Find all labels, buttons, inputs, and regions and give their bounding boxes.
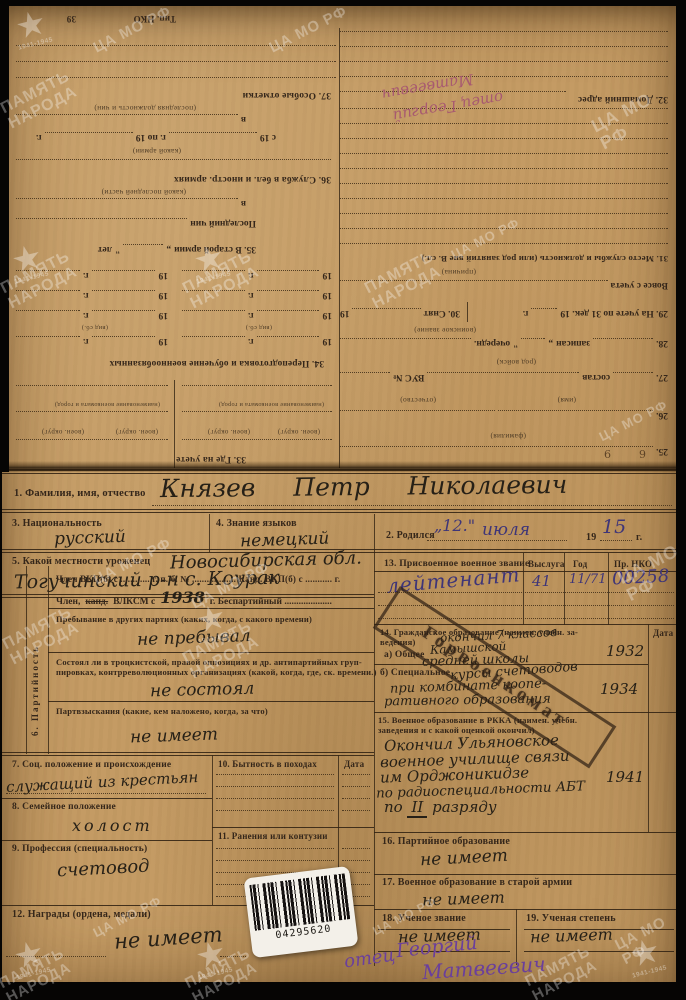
opposition-label-2: пировках, контрреволюционных организация… — [56, 667, 377, 677]
ruled-line — [6, 956, 106, 957]
card-front: 1. Фамилия, имя, отчество Князев Петр Ни… — [2, 468, 676, 982]
ruled-line — [182, 385, 332, 386]
field-27: 27. состав ВУС № — [340, 372, 668, 384]
ruled-line — [216, 798, 334, 799]
handwriting-opposition: не состоял — [150, 679, 255, 702]
handwriting-profession: счетовод — [57, 856, 151, 882]
field-5-label: 5. Какой местности уроженец — [12, 556, 150, 567]
year-blank: 19 — [323, 310, 333, 320]
handwriting-awards: не имеет — [113, 922, 223, 954]
section-line — [2, 798, 212, 799]
ruled-line — [340, 213, 668, 214]
field-19-label: 19. Ученая степень — [526, 913, 616, 924]
divider — [174, 380, 175, 468]
ruled-line — [340, 138, 668, 139]
field-10-label: 10. Бытность в походах — [218, 759, 317, 769]
ruled-line — [16, 61, 336, 62]
field-28: 28. записан „ " очередн. — [340, 338, 668, 350]
field-27-number: 27. — [656, 372, 668, 382]
year-blank: 19 — [323, 270, 333, 280]
hint-okrug: (воен. округ) — [116, 428, 158, 435]
hint-sbor: (вид сб.) — [246, 324, 272, 331]
col-vysluga: Выслуга — [528, 559, 565, 569]
ruled-line — [340, 46, 668, 47]
year-blank: 19 — [159, 290, 169, 300]
fold-crease — [2, 461, 676, 472]
field-32-label: 32. Домашний адрес — [578, 94, 668, 104]
ruled-line — [16, 439, 168, 440]
hint-patronymic: (отчество) — [400, 397, 436, 405]
section-line — [212, 827, 374, 828]
scan-edge-bottom — [0, 983, 686, 1000]
handwriting-19: не имеет — [530, 925, 613, 947]
col-divider — [564, 553, 565, 625]
section-line — [374, 909, 676, 910]
handwriting-military-ed-5: по II разряду — [384, 798, 497, 816]
to-year: г. по 19 — [136, 132, 166, 142]
date-column-divider — [648, 624, 649, 832]
ruled-line — [152, 505, 672, 506]
field-28-number: 28. — [656, 338, 668, 348]
hint-okrug: (воен. округ) — [42, 428, 84, 435]
g-mark: г. — [36, 132, 42, 142]
field-vovse: Вовсе с учета — [340, 280, 668, 292]
field-34-label: 34. Переподготовка и обучение военнообяз… — [109, 358, 324, 368]
ruled-line — [524, 951, 674, 952]
ruled-line — [427, 540, 567, 541]
hint-sbor: (вид сб.) — [82, 324, 108, 331]
field-9-label: 9. Профессия (специальность) — [12, 844, 147, 854]
handwriting-16: не имеет — [420, 846, 509, 871]
form-number: 39 — [67, 14, 76, 24]
handwriting-order-number: 00258 — [611, 566, 669, 590]
v-mark: в — [241, 198, 246, 208]
from-year: с 19 — [260, 132, 276, 142]
ruled-line — [340, 228, 668, 229]
field-18-label: 18. Ученое звание — [382, 913, 466, 924]
ruled-line — [216, 810, 334, 811]
ruled-line — [340, 153, 668, 154]
column-divider — [374, 514, 375, 966]
field-36-label: 36. Служба в бел. и иностр. армиях — [174, 174, 331, 184]
vlksm-bespart: г. Беспартийный .................... — [210, 597, 332, 607]
g-mark: г. — [83, 270, 89, 280]
handwriting-year-1932: 1932 — [606, 642, 644, 660]
ruled-line — [340, 243, 668, 244]
hint-branch: (род войск) — [497, 359, 537, 367]
date-column-label: Дата — [344, 759, 364, 769]
ruled-line — [340, 123, 668, 124]
field-25-number: 25. — [656, 446, 668, 456]
field-36-unit: в — [16, 114, 246, 126]
ruled-line — [182, 411, 332, 412]
card-paper: 25. (фамилия) 26. (имя) (отчество) 27. с… — [2, 5, 676, 982]
ruled-line — [342, 798, 370, 799]
field-28-zapisan: записан — [556, 338, 590, 348]
field-30-label: 30. Снят — [424, 308, 460, 318]
field-11-label: 11. Ранения или контузии — [218, 831, 328, 841]
scan-edge-right — [676, 0, 686, 1000]
field-last-rank: Последний чин — [16, 218, 256, 230]
field-1-label: 1. Фамилия, имя, отчество — [14, 488, 146, 499]
ruled-line — [216, 848, 334, 849]
handwriting-god: 11/71 — [569, 572, 606, 587]
ruled-line — [216, 860, 334, 861]
hint-firstname: (имя) — [557, 397, 576, 405]
field-6-side-label: 6. Партийность — [30, 586, 40, 736]
section-line — [2, 752, 374, 753]
opposition-label-1: Состоял ли в троцкистской, правой оппози… — [56, 657, 362, 667]
ruled-line — [340, 108, 668, 109]
field-35-label: 35. В старой армии — [174, 244, 256, 254]
date-column-label: Дата — [653, 628, 673, 638]
handwriting-family: холост — [72, 816, 153, 835]
party-block-border — [26, 566, 27, 754]
hint-rank: (воинское звание) — [414, 327, 476, 335]
g-mark: г. — [83, 310, 89, 320]
handwriting-parties: не пребывал — [137, 626, 251, 650]
hint-voenkomat: (наименование военкомата и город) — [55, 401, 160, 407]
col-divider — [523, 553, 524, 625]
hint-last-position: (последняя должность и чин) — [94, 105, 196, 113]
field-35: 35. В старой армии „ " лет — [36, 244, 256, 256]
field-vovse-label: Вовсе с учета — [611, 280, 668, 290]
ruled-line — [220, 956, 246, 957]
card-back-readable: 25. (фамилия) 26. (имя) (отчество) 27. с… — [2, 5, 676, 468]
cell-divider — [212, 755, 213, 905]
field-37-label: 37. Особые отметки — [242, 90, 331, 100]
year-blank: 19 — [323, 336, 333, 346]
handwriting-vlksm-year: 1938 — [160, 588, 205, 607]
ruled-line — [216, 786, 334, 787]
handwriting-vzysk: не имеет — [130, 724, 219, 747]
g-mark: г. — [83, 336, 89, 346]
col-god: Год — [573, 559, 587, 569]
quote-open: „ — [166, 244, 171, 254]
barcode-sticker: 04295620 — [244, 866, 359, 958]
ruled-line — [342, 860, 370, 861]
field-8-label: 8. Семейное положение — [12, 802, 116, 812]
hint-okrug: (воен. округ) — [278, 428, 320, 435]
field-29: 29. На учете по 31 дек. 19 г. — [472, 308, 668, 320]
section-line — [374, 832, 676, 833]
section-line — [2, 509, 676, 510]
word-razryad: разряду — [432, 798, 496, 816]
document-scan: 25. (фамилия) 26. (имя) (отчество) 27. с… — [0, 0, 686, 1000]
ruled-line — [16, 77, 336, 78]
party-strip-border — [48, 566, 49, 754]
ruled-line — [182, 439, 332, 440]
vlksm-member: Член, — [56, 597, 80, 607]
section-line — [48, 701, 374, 702]
scan-edge-left — [0, 0, 9, 472]
handwriting-birth-year: 15 — [602, 516, 626, 538]
vlksm-struck-word: канд. — [85, 597, 108, 607]
year-blank: 19 — [159, 336, 169, 346]
field-last-unit: в — [16, 198, 246, 210]
section-line — [2, 512, 676, 513]
ruled-line — [16, 411, 168, 412]
field-30: 30. Снят 19 — [340, 308, 460, 320]
card-back-rotated: 25. (фамилия) 26. (имя) (отчество) 27. с… — [2, 5, 676, 468]
last-rank-label: Последний чин — [190, 218, 256, 228]
section-line — [48, 608, 374, 609]
handwriting-full-name: Князев Петр Николаевич — [160, 470, 568, 503]
year-blank: 19 — [159, 310, 169, 320]
vlksm-label: ВЛКСМ с — [113, 597, 155, 607]
col-divider — [608, 553, 609, 625]
cell-divider — [209, 514, 210, 552]
g-mark: г. — [248, 290, 254, 300]
field-26: 26. — [340, 410, 668, 422]
column-divider — [339, 28, 340, 468]
handwriting-year-1941: 1941 — [606, 768, 644, 786]
field-27-vus: ВУС № — [393, 372, 424, 382]
section-line — [2, 755, 374, 756]
hint-army: (какой армии) — [133, 148, 181, 156]
ruled-line — [342, 810, 370, 811]
g-mark: г. — [248, 270, 254, 280]
field-27-sostav: состав — [582, 372, 610, 382]
vkp-line: Член ВКП(б) с ............ г. п. б. № ..… — [56, 574, 340, 584]
hint-last-unit: (какой последней части) — [101, 189, 186, 197]
scan-edge-top — [0, 0, 686, 6]
ruled-line — [16, 45, 336, 46]
vlksm-line: Член, канд. ВЛКСМ с 1938 г. Беспартийный… — [56, 588, 370, 607]
field-17-label: 17. Военное образование в старой армии — [382, 877, 572, 888]
divider — [467, 302, 468, 322]
year-blank: 19 — [323, 290, 333, 300]
ruled-line — [16, 385, 168, 386]
field-7-label: 7. Соц. положение и происхождение — [12, 760, 171, 770]
field-12-label: 12. Награды (ордена, медали) — [12, 909, 151, 920]
ruled-line — [340, 76, 668, 77]
year-blank: 19 — [159, 270, 169, 280]
ruled-line — [340, 168, 668, 169]
ruled-line — [340, 198, 668, 199]
pencil-page-marks: 6 9 — [604, 448, 646, 461]
handwriting-social: служащий из крестьян — [6, 768, 199, 796]
handwriting-birth-month: июля — [482, 520, 530, 540]
printed-g: г. — [636, 532, 642, 543]
quote-close: " — [513, 338, 518, 348]
ruled-line — [342, 774, 370, 775]
ruled-line — [16, 159, 331, 160]
section-line — [2, 840, 212, 841]
ruled-line — [216, 774, 334, 775]
section-line — [374, 874, 676, 875]
handwriting-vysluga: 41 — [532, 572, 551, 590]
word-po: по — [384, 798, 403, 816]
g-mark: г. — [83, 290, 89, 300]
ruled-line — [340, 31, 668, 32]
field-4-label: 4. Знание языков — [216, 518, 297, 529]
ruled-line — [378, 592, 674, 593]
field-29-label: 29. На учете по 31 дек. 19 — [560, 308, 668, 318]
field-29-g: г. — [523, 308, 529, 318]
field-26-number: 26. — [656, 410, 668, 420]
hint-okrug: (воен. округ) — [208, 428, 250, 435]
handwriting-nationality: русский — [54, 527, 126, 549]
hint-reason: (причина) — [441, 269, 476, 277]
v-mark: в — [241, 114, 246, 124]
ruled-line — [340, 183, 668, 184]
field-28-ochered: очередн. — [474, 338, 510, 348]
ruled-line — [600, 540, 632, 541]
field-30-year: 19 — [340, 308, 350, 318]
handwriting-birth-day: „12." — [434, 516, 475, 535]
section-line — [48, 652, 374, 653]
printed-19: 19 — [586, 532, 596, 543]
parties-label: Пребывание в других партиях (каких, когд… — [56, 614, 312, 624]
ruled-line — [342, 786, 370, 787]
handwriting-year-1934: 1934 — [600, 680, 638, 698]
hint-voenkomat: (наименование военкомата и город) — [219, 401, 324, 407]
handwriting-17: не имеет — [422, 888, 505, 910]
razryad-numeral: II — [407, 798, 427, 818]
quote-open: „ — [548, 338, 553, 348]
g-mark: г. — [248, 310, 254, 320]
ruled-line — [6, 793, 206, 794]
field-36-dates: с 19 г. по 19 г. — [36, 132, 276, 144]
field-35-let: лет — [98, 244, 112, 254]
g-mark: г. — [248, 336, 254, 346]
field-31-label: 31. Место службы и должность (или род за… — [421, 254, 668, 264]
vzysk-label: Партвзыскания (какие, кем наложено, когд… — [56, 706, 268, 716]
ruled-line — [342, 848, 370, 849]
hint-surname: (фамилия) — [490, 433, 526, 441]
handwriting-father-1: отец — [343, 945, 397, 973]
printer-mark: Тип. НКО — [133, 14, 176, 24]
field-16-label: 16. Партийное образование — [382, 836, 510, 847]
quote-close: " — [115, 244, 120, 254]
ruled-line — [340, 61, 668, 62]
